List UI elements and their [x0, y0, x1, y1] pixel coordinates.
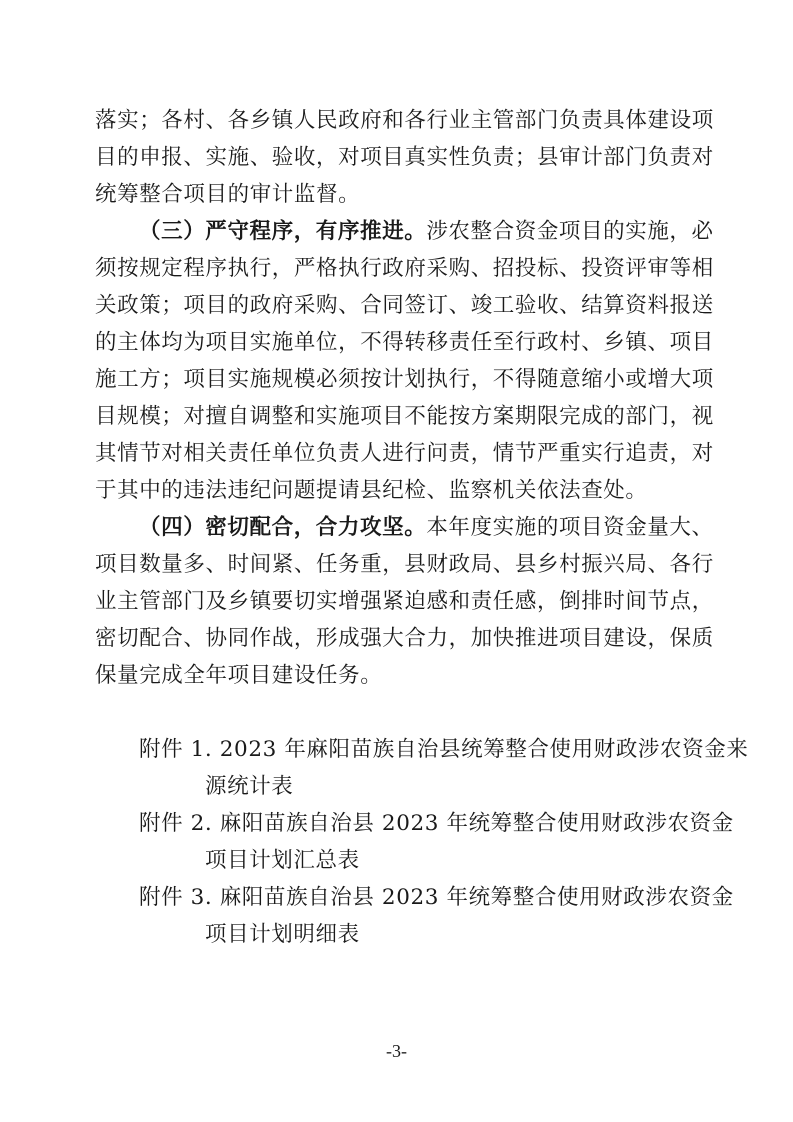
paragraph-line: 业主管部门及乡镇要切实增强紧迫感和责任感，倒排时间节点，	[95, 589, 705, 615]
attachment-2: 附件 2. 麻阳苗族自治县 2023 年统筹整合使用财政涉农资金	[139, 811, 734, 837]
section-3-heading: （三）严守程序，有序推进。	[139, 219, 426, 244]
paragraph-line: 施工方；项目实施规模必须按计划执行，不得随意缩小或增大项	[95, 367, 705, 393]
section-3-text: 涉农整合资金项目的实施，必	[426, 219, 713, 244]
page-number: -3-	[0, 1041, 793, 1062]
paragraph-line: 落实；各村、各乡镇人民政府和各行业主管部门负责具体建设项	[95, 108, 705, 134]
paragraph-line: 密切配合、协同作战，形成强大合力，加快推进项目建设，保质	[95, 626, 705, 652]
section-4-heading: （四）密切配合，合力攻坚。	[139, 515, 426, 540]
paragraph-line: 关政策；项目的政府采购、合同签订、竣工验收、结算资料报送	[95, 293, 705, 319]
paragraph-line: 保量完成全年项目建设任务。	[95, 663, 705, 689]
document-page: 落实；各村、各乡镇人民政府和各行业主管部门负责具体建设项 目的申报、实施、验收，…	[0, 0, 793, 1122]
paragraph-line: 统筹整合项目的审计监督。	[95, 182, 705, 208]
paragraph-line: 目规模；对擅自调整和实施项目不能按方案期限完成的部门，视	[95, 404, 705, 430]
paragraph-line: 项目数量多、时间紧、任务重，县财政局、县乡村振兴局、各行	[95, 552, 705, 578]
paragraph-line: 于其中的违法违纪问题提请县纪检、监察机关依法查处。	[95, 478, 705, 504]
paragraph-line: 须按规定程序执行，严格执行政府采购、招投标、投资评审等相	[95, 256, 705, 282]
section-3-first-line: （三）严守程序，有序推进。涉农整合资金项目的实施，必	[139, 219, 749, 245]
section-4-first-line: （四）密切配合，合力攻坚。本年度实施的项目资金量大、	[139, 515, 749, 541]
attachment-3: 附件 3. 麻阳苗族自治县 2023 年统筹整合使用财政涉农资金	[139, 885, 734, 911]
section-4-text: 本年度实施的项目资金量大、	[426, 515, 713, 540]
paragraph-line: 目的申报、实施、验收，对项目真实性负责；县审计部门负责对	[95, 145, 705, 171]
attachment-1-cont: 源统计表	[205, 774, 293, 800]
attachment-2-cont: 项目计划汇总表	[205, 848, 360, 874]
attachment-1: 附件 1. 2023 年麻阳苗族自治县统筹整合使用财政涉农资金来	[139, 737, 748, 763]
attachment-3-cont: 项目计划明细表	[205, 922, 360, 948]
paragraph-line: 的主体均为项目实施单位，不得转移责任至行政村、乡镇、项目	[95, 330, 705, 356]
paragraph-line: 其情节对相关责任单位负责人进行问责，情节严重实行追责，对	[95, 441, 705, 467]
